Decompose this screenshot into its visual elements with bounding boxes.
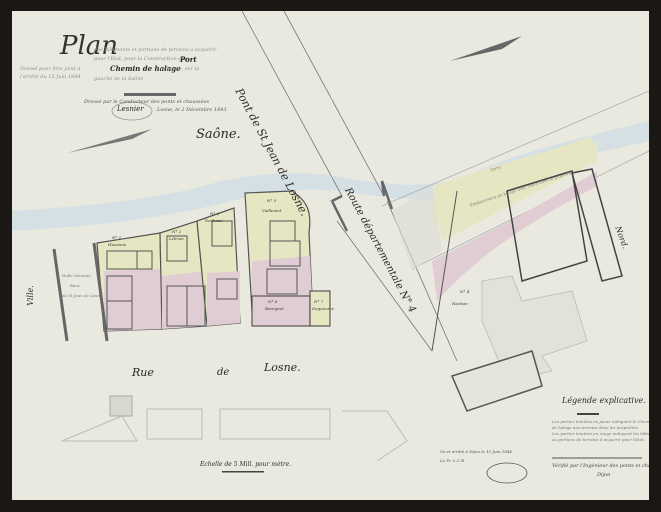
parcel-6-number: N° 6 bbox=[268, 299, 277, 304]
legend-line-1: Les parties teintées en jaune indiquent … bbox=[552, 419, 649, 424]
street-word-1: Rue bbox=[132, 366, 154, 379]
parcel-1-number: N° 1 bbox=[112, 235, 121, 240]
street-word-3: Losne. bbox=[264, 361, 301, 374]
parcel-2-number: N° 2 bbox=[172, 229, 181, 234]
parcel-5-number: N° 5 bbox=[267, 198, 276, 203]
certified-place: Dijon bbox=[597, 472, 610, 478]
street-word-2: de bbox=[217, 367, 229, 378]
certified-line: Vérifié par l'Ingénieur des ponts et cha… bbox=[552, 463, 649, 469]
public-space-3: de St Jean de Losne bbox=[62, 293, 102, 298]
parcel-6-owner: Bourgeot bbox=[265, 306, 284, 311]
parcel-4-number: N° 4 bbox=[460, 289, 469, 294]
place-date: Losne, le 2 Décembre 1843 bbox=[157, 107, 227, 113]
fold-line bbox=[330, 11, 332, 500]
parcel-1-owner: Huvenne bbox=[108, 242, 126, 247]
parcel-3-owner: Dechaux bbox=[205, 218, 223, 223]
parcel-7-owner: Degueurce bbox=[312, 306, 334, 311]
legend-line-2: de halage aux terrains dans les propriét… bbox=[552, 425, 639, 430]
vu-line: Vu et arrêté à Dijon le 15 Juin 1844 bbox=[440, 449, 512, 454]
approval-left-2: l'arrêté du 15 Juin 1844 bbox=[20, 74, 81, 80]
parcel-2-owner: Lebrun bbox=[169, 236, 184, 241]
drawn-by: Dressé par le Conducteur des ponts et ch… bbox=[84, 99, 209, 105]
parcel-4-owner: Hachon bbox=[452, 301, 468, 306]
river-label: Saône. bbox=[196, 127, 241, 142]
parcel-5-owner: Vuillemot bbox=[262, 208, 281, 213]
map-sheet: Plan des Bâtiments et portions de terrai… bbox=[12, 11, 649, 500]
approval-left-1: Dressé pour être joint à bbox=[20, 66, 80, 72]
legend-title: Légende explicative. bbox=[562, 396, 646, 405]
legend-line-3: Les parties teintées en rouge indiquent … bbox=[552, 431, 649, 436]
parcel-7-number: N° 7 bbox=[314, 299, 323, 304]
legend-line-4: ou portions de terrains à acquérir pour … bbox=[552, 437, 645, 442]
title-line3: à Losne, sur la bbox=[162, 66, 199, 72]
title-port: Port bbox=[180, 55, 197, 64]
title-line2: pour l'Etat, pour la Construction d'un bbox=[94, 56, 189, 62]
signature: Lesnier bbox=[117, 105, 144, 113]
public-space-1: Halle Saumier bbox=[62, 273, 91, 278]
west-label: Ville. bbox=[26, 285, 35, 306]
public-space-2: Banc bbox=[70, 283, 80, 288]
title-line4: gauche de la Saône bbox=[94, 76, 144, 82]
parcel-3-number: N° 3 bbox=[210, 211, 219, 216]
title-line1: des Bâtiments et portions de terrains à … bbox=[94, 47, 216, 53]
scale-text: Echelle de 5 Mill. pour mètre. bbox=[200, 461, 291, 468]
initials: Le Pr. L.C.R. bbox=[440, 458, 465, 463]
